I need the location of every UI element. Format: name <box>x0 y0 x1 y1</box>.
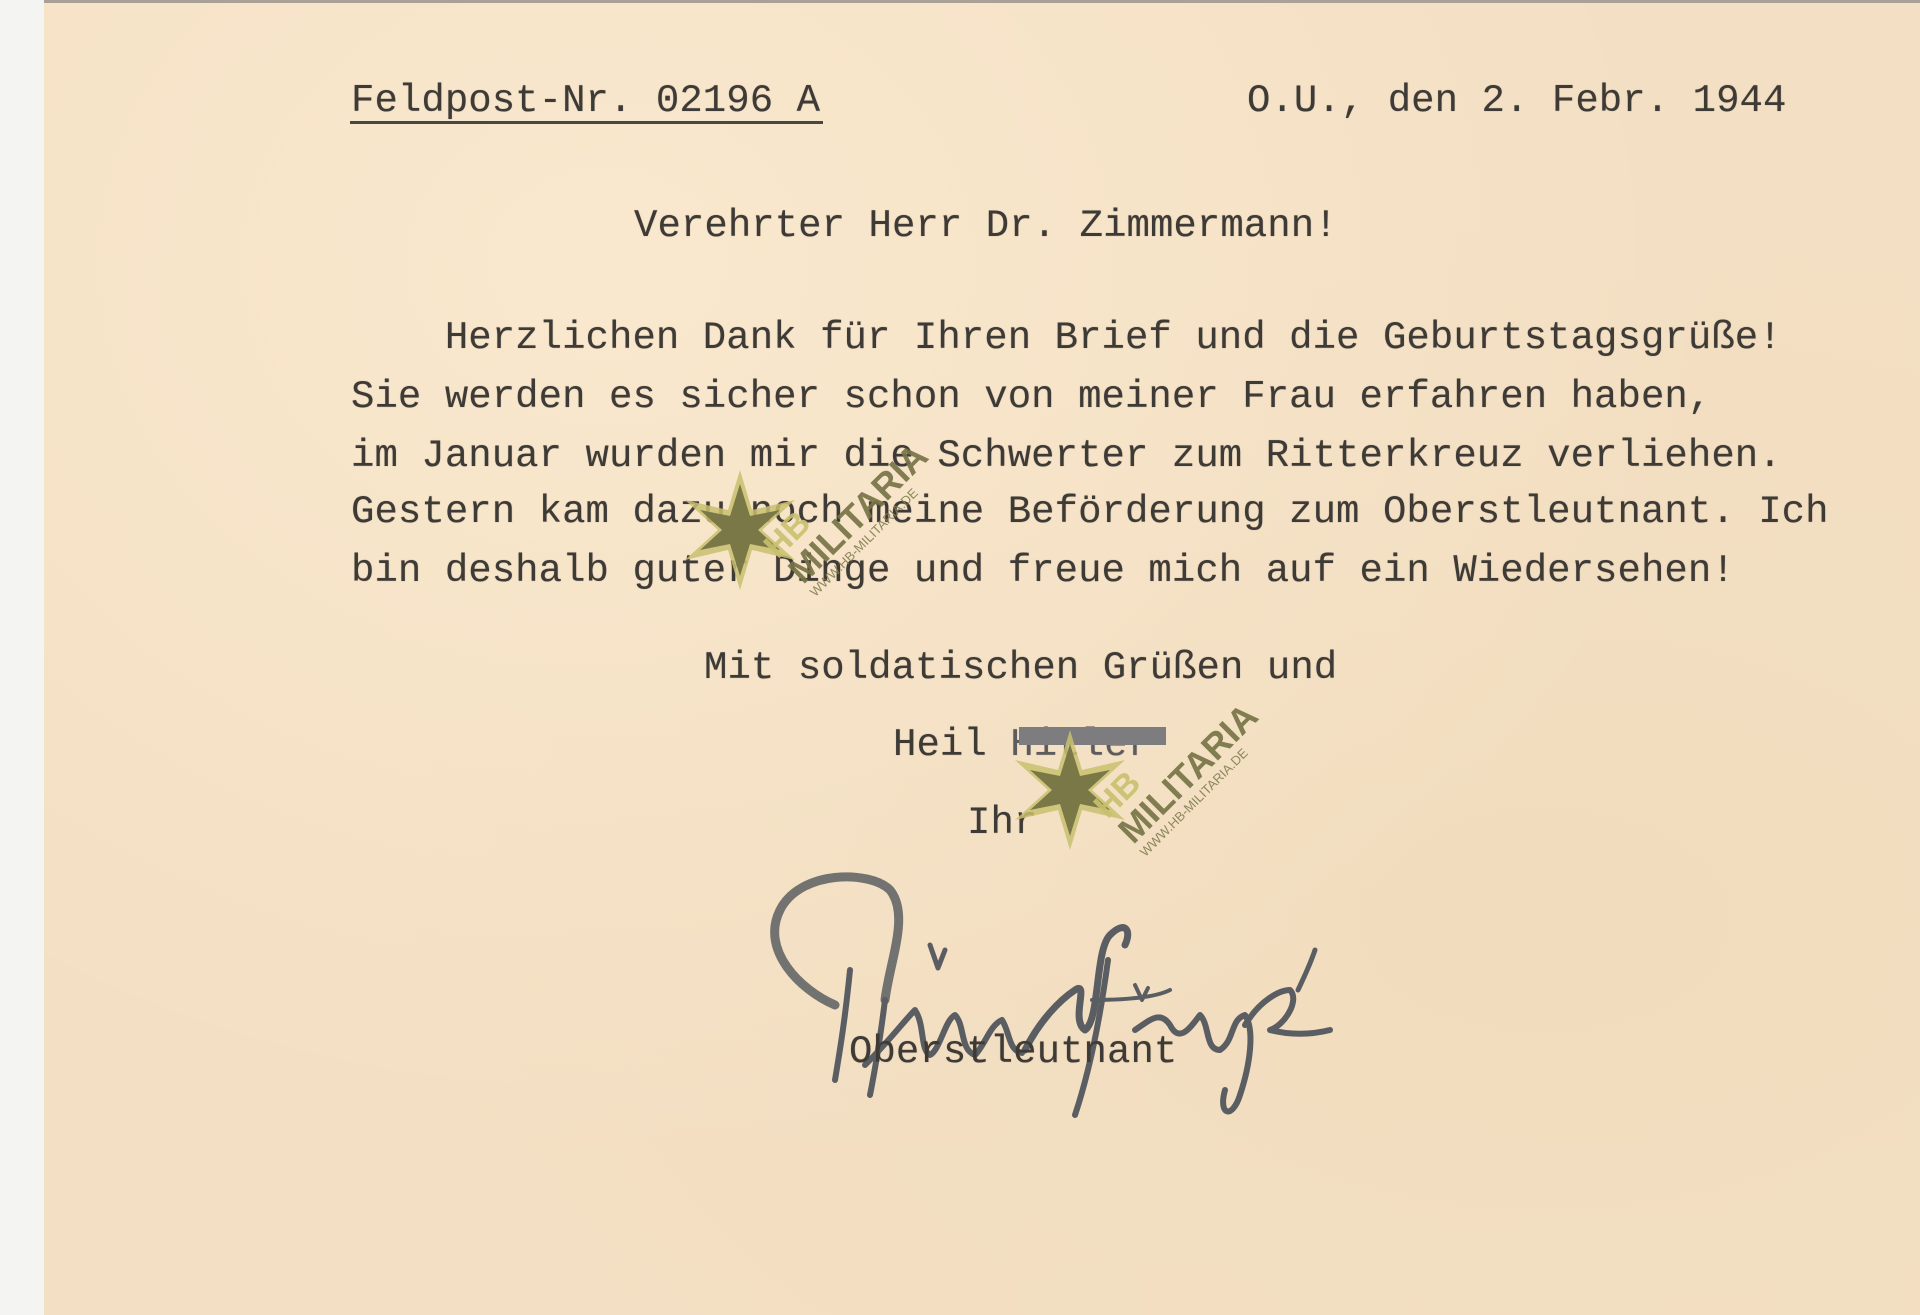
signatory-rank: Oberstleutnant <box>849 1033 1177 1072</box>
salutation: Verehrter Herr Dr. Zimmermann! <box>634 207 1338 246</box>
body-line-2: Sie werden es sicher schon von meiner Fr… <box>351 378 1711 417</box>
watermark-logo-1: HB MILITARIA WWW.HB-MILITARIA.DE <box>680 430 920 650</box>
body-line-1: Herzlichen Dank für Ihren Brief und die … <box>351 319 1782 358</box>
body-line-4: Gestern kam dazu noch meine Beförderung … <box>351 493 1829 532</box>
watermark-logo-2: HB MILITARIA WWW.HB-MILITARIA.DE <box>1010 690 1250 910</box>
heil-word: Heil <box>893 723 987 767</box>
closing-line: Mit soldatischen Grüßen und <box>704 649 1337 688</box>
scan-margin <box>0 0 44 1315</box>
feldpost-number: Feldpost-Nr. 02196 A <box>351 82 820 121</box>
feldpost-underline <box>350 121 823 124</box>
body-line-5: bin deshalb guter Dinge und freue mich a… <box>351 552 1735 591</box>
body-line-3: im Januar wurden mir die Schwerter zum R… <box>351 437 1782 476</box>
paper-top-edge <box>44 0 1920 3</box>
place-date: O.U., den 2. Febr. 1944 <box>1247 82 1786 121</box>
